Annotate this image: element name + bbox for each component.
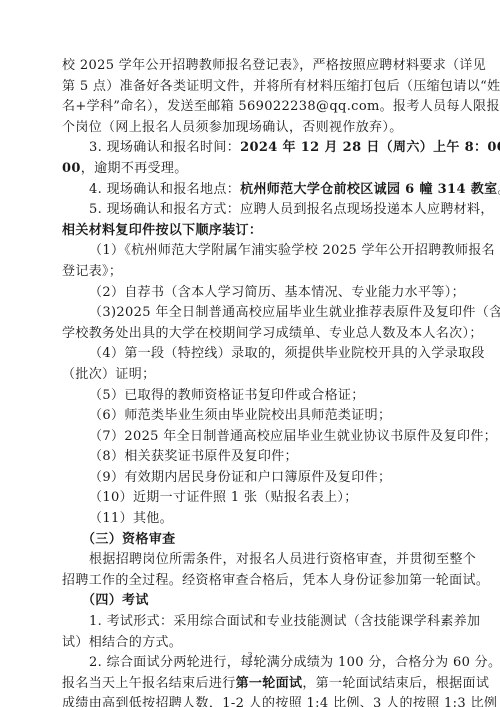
text-line: 第 5 点）准备好各类证明文件，并将所有材料压缩打包后（压缩包请以“姓 bbox=[62, 77, 438, 98]
material-item-5: （5）已取得的教师资格证书复印件或合格证； bbox=[62, 386, 438, 407]
material-item-2: （2）自荐书（含本人学习简历、基本情况、专业能力水平等）； bbox=[62, 283, 438, 304]
interview-ratio: 成绩由高到低按招聘人数，1-2 人的按照 1:4 比例、3 人的按照 1:3 比… bbox=[62, 694, 438, 707]
section-3-paragraph: 根据招聘岗位所需条件，对报名人员进行资格审查，并贯彻至整个 bbox=[62, 550, 438, 571]
item-3-continuation: 00，逾期不再受理。 bbox=[62, 159, 438, 180]
item-3-registration-time: 3. 现场确认和报名时间：2024 年 12 月 28 日（周六）上午 8：00… bbox=[62, 138, 438, 159]
document-page: 校 2025 学年公开招聘教师报名登记表》，严格按照应聘材料要求（详见 第 5 … bbox=[62, 56, 438, 707]
material-item-4-cont: （批次）证明； bbox=[62, 365, 438, 386]
material-item-10: （10）近期一寸证件照 1 张（贴报名表上）； bbox=[62, 488, 438, 509]
binding-order-heading: 相关材料复印件按以下顺序装订： bbox=[62, 221, 438, 242]
material-item-3-cont: 学校教务处出具的大学在校期间学习成绩单、专业总人数及本人名次）； bbox=[62, 324, 438, 345]
interview-rounds-cont: 报名当天上午报名结束后进行第一轮面试，第一轮面试结束后，根据面试 bbox=[62, 674, 438, 695]
material-item-1-cont: 登记表》； bbox=[62, 262, 438, 283]
text-line: 校 2025 学年公开招聘教师报名登记表》，严格按照应聘材料要求（详见 bbox=[62, 56, 438, 77]
text-line: 名+学科”命名），发送至邮箱 569022238@qq.com。报考人员每人限报… bbox=[62, 97, 438, 118]
section-3-paragraph-cont: 招聘工作的全过程。经资格审查合格后，凭本人身份证参加第一轮面试。 bbox=[62, 571, 438, 592]
exam-format: 1. 考试形式：采用综合面试和专业技能测试（含技能课学科素养加 bbox=[62, 612, 438, 633]
material-item-1: （1）《杭州师范大学附属乍浦实验学校 2025 学年公开招聘教师报名 bbox=[62, 241, 438, 262]
item-5-registration-method: 5. 现场确认和报名方式：应聘人员到报名点现场投递本人应聘材料， bbox=[62, 200, 438, 221]
text-line: 个岗位（网上报名人员须参加现场确认，否则视作放弃）。 bbox=[62, 118, 438, 139]
material-item-7: （7）2025 年全日制普通高校应届毕业生就业协议书原件及复印件； bbox=[62, 427, 438, 448]
item-4-registration-location: 4. 现场确认和报名地点：杭州师范大学仓前校区诚园 6 幢 314 教室。 bbox=[62, 180, 438, 201]
material-item-6: （6）师范类毕业生须由毕业院校出具师范类证明； bbox=[62, 406, 438, 427]
material-item-4: （4）第一段（特控线）录取的，须提供毕业院校开具的入学录取段 bbox=[62, 344, 438, 365]
section-4-heading: （四）考试 bbox=[62, 591, 438, 612]
material-item-8: （8）相关获奖证书原件及复印件； bbox=[62, 447, 438, 468]
material-item-3: （3)2025 年全日制普通高校应届毕业生就业推荐表原件及复印件（含 bbox=[62, 303, 438, 324]
page-number: 3 bbox=[0, 651, 500, 660]
material-item-11: （11）其他。 bbox=[62, 509, 438, 530]
material-item-9: （9）有效期内居民身份证和户口簿原件及复印件； bbox=[62, 468, 438, 489]
section-3-heading: （三）资格审查 bbox=[62, 530, 438, 551]
